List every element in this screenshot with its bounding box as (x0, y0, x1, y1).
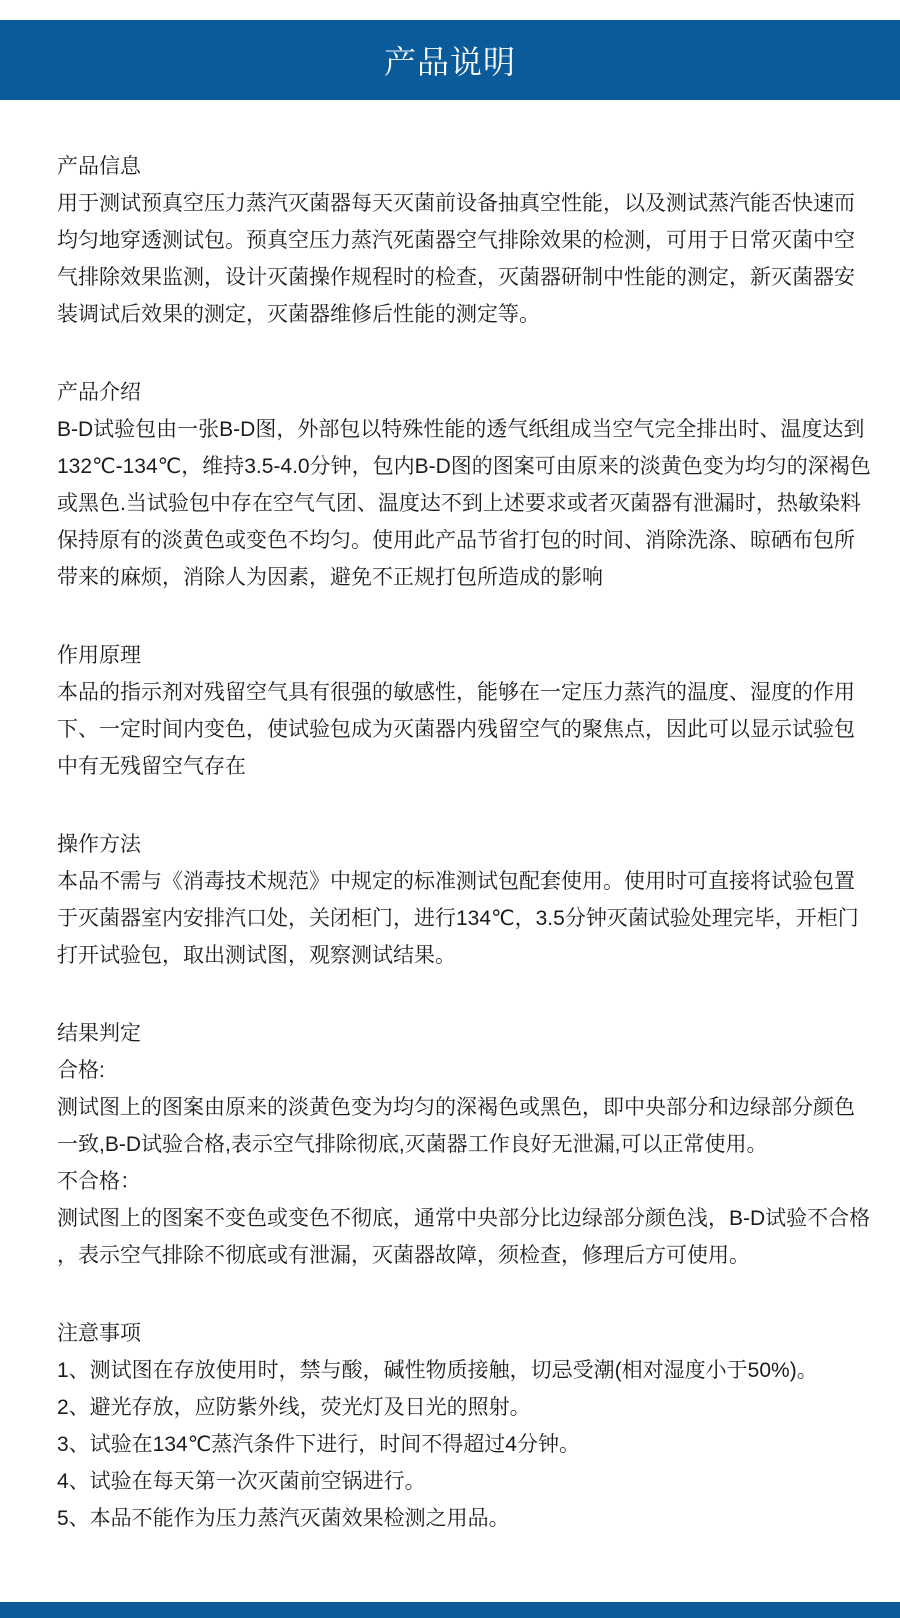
section-title: 操作方法 (57, 826, 845, 863)
paragraph-line: ，表示空气排除不彻底或有泄漏，灭菌器故障，须检查，修理后方可使用。 (57, 1237, 845, 1274)
footer-bar (0, 1602, 900, 1618)
section-2: 作用原理本品的指示剂对残留空气具有很强的敏感性，能够在一定压力蒸汽的温度、湿度的… (57, 637, 845, 785)
section-3: 操作方法本品不需与《消毒技术规范》中规定的标准测试包配套使用。使用时可直接将试验… (57, 826, 845, 974)
paragraph-line: 1、测试图在存放使用时，禁与酸，碱性物质接触，切忌受潮(相对湿度小于50%)。 (57, 1352, 845, 1389)
paragraph-line: 于灭菌器室内安排汽口处，关闭柜门，进行134℃，3.5分钟灭菌试验处理完毕，开柜… (57, 900, 845, 937)
paragraph-line: 合格: (57, 1052, 845, 1089)
paragraph-line: 或黑色.当试验包中存在空气气团、温度达不到上述要求或者灭菌器有泄漏时，热敏染料 (57, 485, 845, 522)
paragraph-line: B-D试验包由一张B-D图，外部包以特殊性能的透气纸组成当空气完全排出时、温度达… (57, 411, 845, 448)
section-title: 产品介绍 (57, 374, 845, 411)
paragraph-line: 均匀地穿透测试包。预真空压力蒸汽死菌器空气排除效果的检测，可用于日常灭菌中空 (57, 222, 845, 259)
page-title: 产品说明 (384, 37, 516, 83)
paragraph-line: 带来的麻烦，消除人为因素，避免不正规打包所造成的影响 (57, 559, 845, 596)
paragraph-line: 打开试验包，取出测试图，观察测试结果。 (57, 937, 845, 974)
paragraph-line: 2、避光存放，应防紫外线，荧光灯及日光的照射。 (57, 1389, 845, 1426)
paragraph-line: 3、试验在134℃蒸汽条件下进行，时间不得超过4分钟。 (57, 1426, 845, 1463)
section-1: 产品介绍B-D试验包由一张B-D图，外部包以特殊性能的透气纸组成当空气完全排出时… (57, 374, 845, 596)
paragraph-line: 5、本品不能作为压力蒸汽灭菌效果检测之用品。 (57, 1500, 845, 1537)
paragraph-line: 中有无残留空气存在 (57, 748, 845, 785)
paragraph-line: 132℃-134℃，维持3.5-4.0分钟，包内B-D图的图案可由原来的淡黄色变… (57, 448, 845, 485)
header-bar: 产品说明 (0, 20, 900, 100)
section-0: 产品信息用于测试预真空压力蒸汽灭菌器每天灭菌前设备抽真空性能，以及测试蒸汽能否快… (57, 148, 845, 333)
paragraph-line: 不合格： (57, 1163, 845, 1200)
top-white-strip (0, 0, 900, 20)
paragraph-line: 保持原有的淡黄色或变色不均匀。使用此产品节省打包的时间、消除洗涤、晾硒布包所 (57, 522, 845, 559)
section-title: 结果判定 (57, 1015, 845, 1052)
paragraph-line: 测试图上的图案不变色或变色不彻底，通常中央部分比边绿部分颜色浅，B-D试验不合格 (57, 1200, 845, 1237)
paragraph-line: 气排除效果监测，设计灭菌操作规程时的检查，灭菌器研制中性能的测定，新灭菌器安 (57, 259, 845, 296)
paragraph-line: 下、一定时间内变色，使试验包成为灭菌器内残留空气的聚焦点，因此可以显示试验包 (57, 711, 845, 748)
product-description-page: 产品说明 产品信息用于测试预真空压力蒸汽灭菌器每天灭菌前设备抽真空性能，以及测试… (0, 0, 900, 1618)
section-title: 产品信息 (57, 148, 845, 185)
section-title: 注意事项 (57, 1315, 845, 1352)
section-5: 注意事项1、测试图在存放使用时，禁与酸，碱性物质接触，切忌受潮(相对湿度小于50… (57, 1315, 845, 1537)
section-title: 作用原理 (57, 637, 845, 674)
paragraph-line: 装调试后效果的测定，灭菌器维修后性能的测定等。 (57, 296, 845, 333)
paragraph-line: 4、试验在每天第一次灭菌前空锅进行。 (57, 1463, 845, 1500)
section-4: 结果判定合格:测试图上的图案由原来的淡黄色变为均匀的深褐色或黑色，即中央部分和边… (57, 1015, 845, 1274)
content-area: 产品信息用于测试预真空压力蒸汽灭菌器每天灭菌前设备抽真空性能，以及测试蒸汽能否快… (0, 100, 900, 1537)
paragraph-line: 本品不需与《消毒技术规范》中规定的标准测试包配套使用。使用时可直接将试验包置 (57, 863, 845, 900)
paragraph-line: 用于测试预真空压力蒸汽灭菌器每天灭菌前设备抽真空性能，以及测试蒸汽能否快速而 (57, 185, 845, 222)
paragraph-line: 本品的指示剂对残留空气具有很强的敏感性，能够在一定压力蒸汽的温度、湿度的作用 (57, 674, 845, 711)
paragraph-line: 测试图上的图案由原来的淡黄色变为均匀的深褐色或黑色，即中央部分和边绿部分颜色 (57, 1089, 845, 1126)
paragraph-line: 一致,B-D试验合格,表示空气排除彻底,灭菌器工作良好无泄漏,可以正常使用。 (57, 1126, 845, 1163)
